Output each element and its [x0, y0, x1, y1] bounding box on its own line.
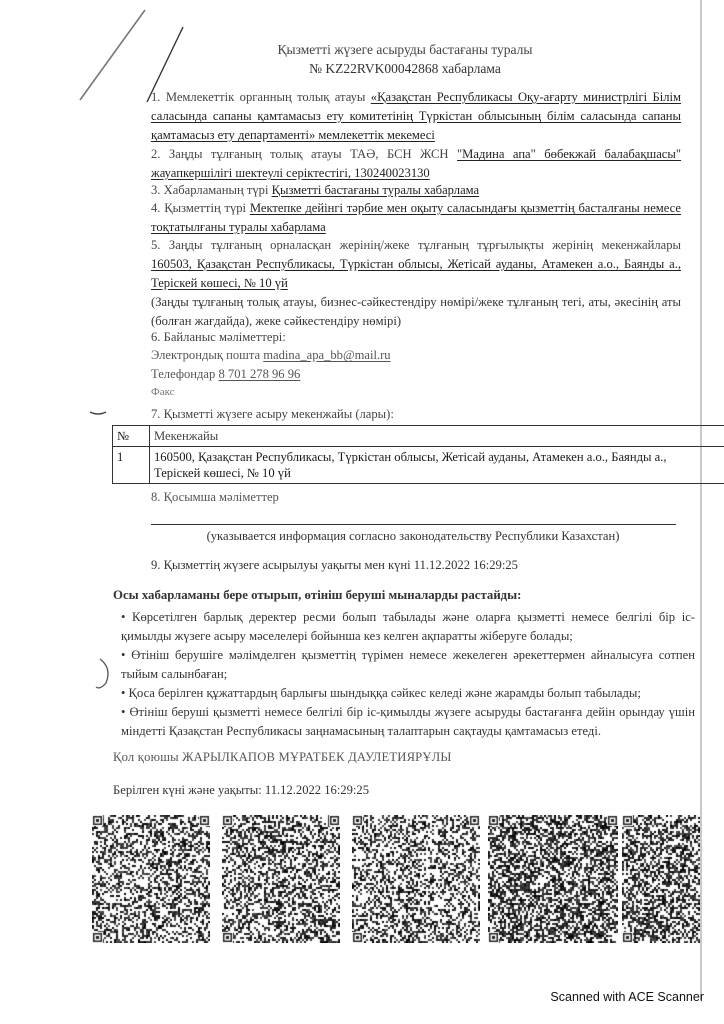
document-title: Қызметті жүзеге асыруды бастағаны туралы…	[0, 40, 724, 78]
email-value: madina_apa_bb@mail.ru	[263, 348, 390, 362]
signer-row: Қол қоюшы ЖАРЫЛКАПОВ МҰРАТБЕК ДАУЛЕТИЯРҰ…	[113, 750, 452, 765]
section-6-label: 6. Байланыс мәліметтері:	[151, 328, 286, 347]
phone-value: 8 701 278 96 96	[218, 367, 300, 381]
email-label: Электрондық пошта	[151, 348, 260, 362]
table-row: 1 160500, Қазақстан Республикасы, Түркіс…	[113, 447, 724, 484]
title-line-2: № KZ22RVK00042868 хабарлама	[0, 59, 724, 78]
section-8-note: (указывается информация согласно законод…	[0, 529, 724, 544]
qr-code-1	[92, 815, 210, 943]
address-table: № Мекенжайы 1 160500, Қазақстан Республи…	[112, 425, 724, 484]
phone-label: Телефондар	[151, 367, 215, 381]
confirmation-heading: Осы хабарламаны бере отырып, өтініш беру…	[113, 588, 521, 603]
section-7-label: 7. Қызметті жүзеге асыру мекенжайы (лары…	[151, 405, 394, 424]
signer-label: Қол қоюшы	[113, 750, 179, 764]
section-5-value: 160503, Қазақстан Республикасы, Түркіста…	[151, 257, 681, 290]
confirmation-bullet-1: • Көрсетілген барлық деректер ресми болы…	[121, 608, 695, 646]
table-header-address: Мекенжайы	[150, 426, 724, 447]
section-1-agency: 1. Мемлекеттік органның толық атауы «Қаз…	[151, 88, 681, 145]
section-3-label: 3. Хабарламаның түрі	[151, 183, 268, 197]
issued-row: Берілген күні және уақыты: 11.12.2022 16…	[113, 783, 369, 798]
section-9-value: 11.12.2022 16:29:25	[414, 558, 518, 572]
confirmation-bullet-2: • Өтініш берушіге мәлімделген қызметтің …	[121, 646, 695, 684]
issued-value: 11.12.2022 16:29:25	[265, 783, 369, 797]
section-2-entity: 2. Заңды тұлғаның толық атауы ТАӘ, БСН Ж…	[151, 145, 681, 183]
qr-code-4	[488, 815, 618, 943]
section-5-note: (Заңды тұлғаның толық атауы, бизнес-сәйк…	[151, 293, 681, 331]
section-8-label: 8. Қосымша мәліметтер	[151, 488, 279, 507]
separator-line	[151, 524, 676, 525]
table-header-number: №	[113, 426, 150, 447]
confirmation-bullet-3: • Қоса берілген құжаттардың барлығы шынд…	[121, 684, 695, 703]
section-5-address: 5. Заңды тұлғаның орналасқан жерінің/жек…	[151, 236, 681, 293]
table-cell-number: 1	[113, 447, 150, 484]
scanner-watermark: Scanned with ACE Scanner	[550, 990, 704, 1004]
section-4-activity-type: 4. Қызметтің түрі Мектепке дейінгі тәрби…	[151, 199, 681, 237]
email-row: Электрондық пошта madina_apa_bb@mail.ru	[151, 346, 391, 365]
qr-code-5	[622, 815, 700, 943]
confirmation-bullet-4: • Өтініш беруші қызметті немесе белгілі …	[121, 703, 695, 741]
section-2-label: 2. Заңды тұлғаның толық атауы ТАӘ, БСН Ж…	[151, 147, 449, 161]
phone-row: Телефондар 8 701 278 96 96	[151, 365, 300, 384]
section-4-label: 4. Қызметтің түрі	[151, 201, 246, 215]
section-3-notice-type: 3. Хабарламаның түрі Қызметті бастағаны …	[151, 181, 681, 200]
table-cell-address: 160500, Қазақстан Республикасы, Түркіста…	[150, 447, 724, 484]
section-1-label: 1. Мемлекеттік органның толық атауы	[151, 90, 365, 104]
fax-label: Факс	[151, 383, 175, 402]
section-3-value: Қызметті бастағаны туралы хабарлама	[272, 183, 480, 197]
qr-code-2	[222, 815, 340, 943]
issued-label: Берілген күні және уақыты:	[113, 783, 262, 797]
section-5-label: 5. Заңды тұлғаның орналасқан жерінің/жек…	[151, 238, 681, 252]
table-header-row: № Мекенжайы	[113, 426, 724, 447]
signer-name: ЖАРЫЛКАПОВ МҰРАТБЕК ДАУЛЕТИЯРҰЛЫ	[182, 750, 452, 764]
section-9-row: 9. Қызметтің жүзеге асырылуы уақыты мен …	[151, 556, 518, 575]
section-9-label: 9. Қызметтің жүзеге асырылуы уақыты мен …	[151, 558, 411, 572]
qr-code-3	[352, 815, 480, 943]
title-line-1: Қызметті жүзеге асыруды бастағаны туралы	[0, 40, 724, 59]
